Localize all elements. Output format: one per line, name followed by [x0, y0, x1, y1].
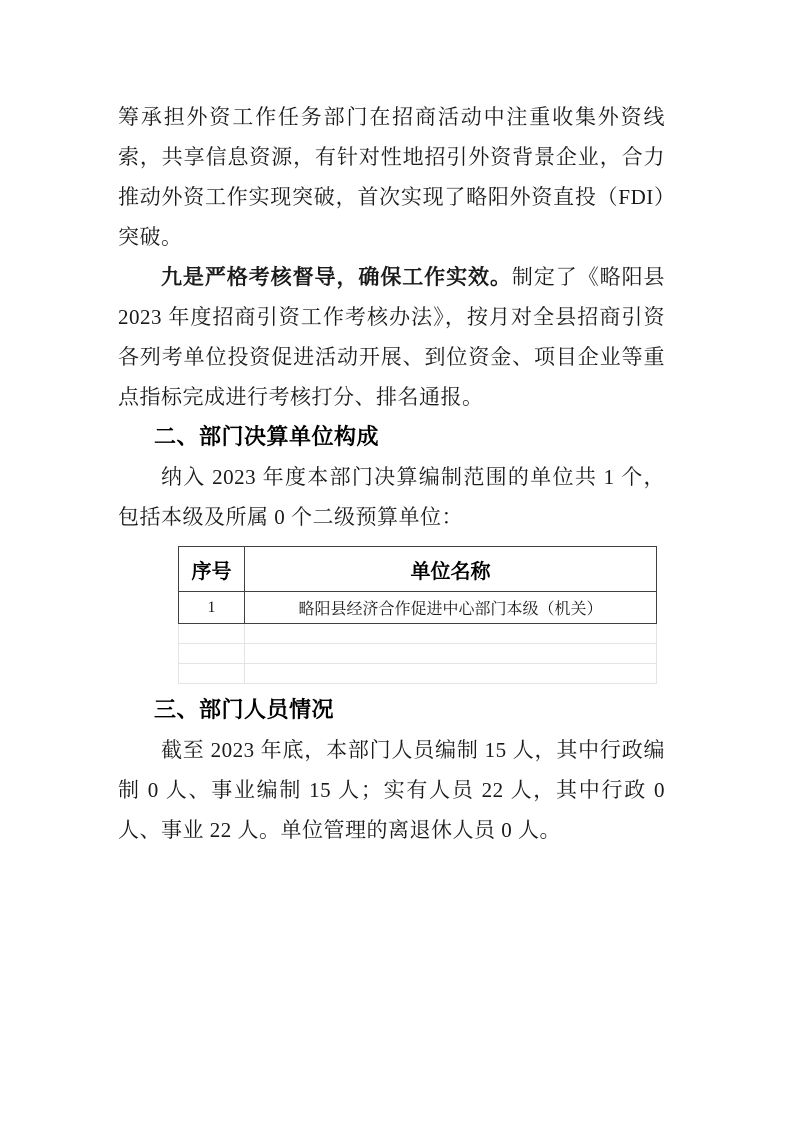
paragraph-unit-composition-intro: 纳入 2023 年度本部门决算编制范围的单位共 1 个，包括本级及所属 0 个二… — [118, 457, 665, 537]
units-table: 序号 单位名称 1 略阳县经济合作促进中心部门本级（机关） — [178, 546, 657, 684]
empty-cell — [179, 624, 245, 644]
units-table-header-unit-name: 单位名称 — [245, 547, 657, 592]
table-empty-row — [179, 664, 657, 684]
page-content: 筹承担外资工作任务部门在招商活动中注重收集外资线索，共享信息资源，有针对性地招引… — [118, 97, 665, 850]
table-empty-row — [179, 624, 657, 644]
point-nine-emphasis: 九是严格考核督导，确保工作实效。 — [161, 265, 512, 289]
units-table-cell-no: 1 — [179, 592, 245, 624]
empty-cell — [179, 664, 245, 684]
table-empty-row — [179, 644, 657, 664]
empty-cell — [245, 624, 657, 644]
empty-cell — [245, 644, 657, 664]
table-row: 1 略阳县经济合作促进中心部门本级（机关） — [179, 592, 657, 624]
empty-cell — [245, 664, 657, 684]
document-page: 筹承担外资工作任务部门在招商活动中注重收集外资线索，共享信息资源，有针对性地招引… — [0, 0, 793, 1122]
units-table-header-no: 序号 — [179, 547, 245, 592]
section-heading-personnel: 三、部门人员情况 — [118, 690, 665, 730]
units-table-cell-unit-name: 略阳县经济合作促进中心部门本级（机关） — [245, 592, 657, 624]
paragraph-personnel: 截至 2023 年底，本部门人员编制 15 人，其中行政编制 0 人、事业编制 … — [118, 730, 665, 850]
paragraph-continuation: 筹承担外资工作任务部门在招商活动中注重收集外资线索，共享信息资源，有针对性地招引… — [118, 97, 665, 257]
section-heading-unit-composition: 二、部门决算单位构成 — [118, 417, 665, 457]
empty-cell — [179, 644, 245, 664]
units-table-header-row: 序号 单位名称 — [179, 547, 657, 592]
paragraph-point-nine: 九是严格考核督导，确保工作实效。制定了《略阳县 2023 年度招商引资工作考核办… — [118, 257, 665, 417]
